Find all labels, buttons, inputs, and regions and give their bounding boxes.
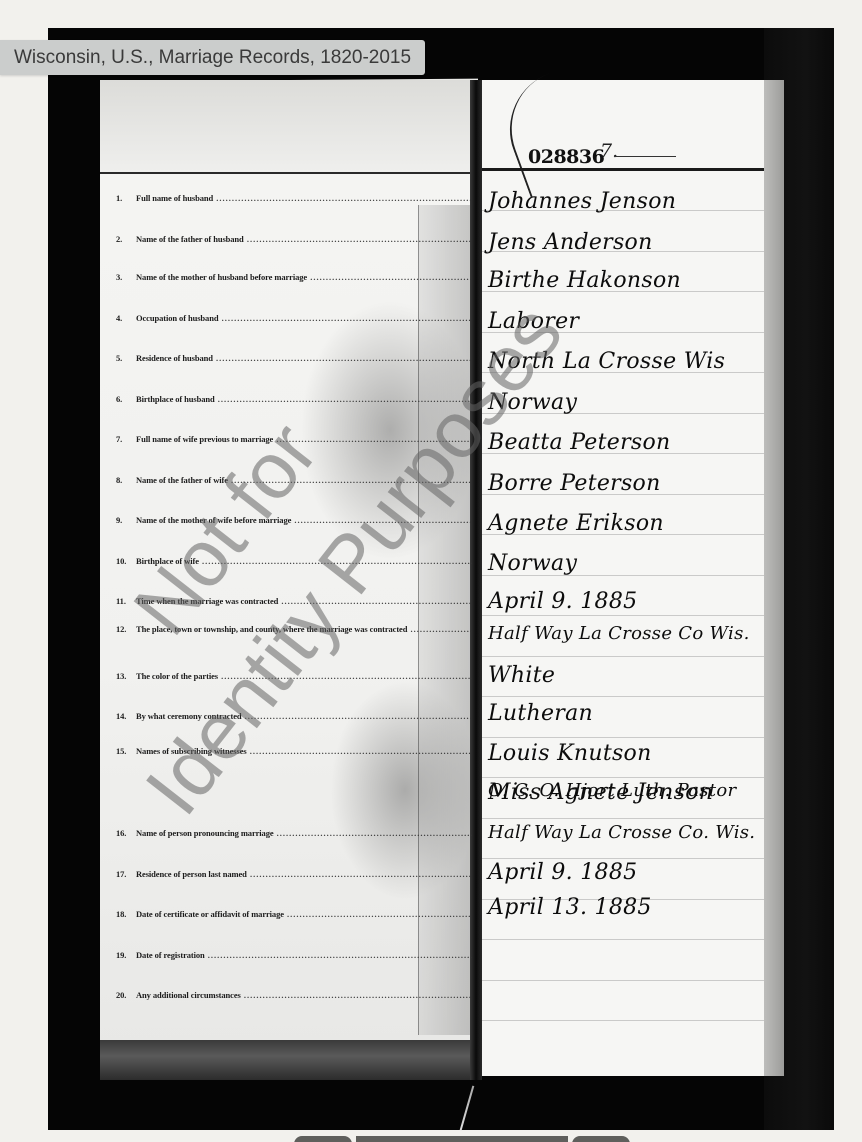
field-label-text: Full name of wife previous to marriage	[136, 434, 273, 444]
field-label-text: Names of subscribing witnesses	[136, 746, 247, 756]
ruled-line	[482, 980, 764, 981]
handwritten-entry: Beatta Peterson	[488, 430, 671, 455]
field-label-text: Name of person pronouncing marriage	[136, 828, 274, 838]
handwritten-entry: Laborer	[488, 309, 579, 334]
ruled-line	[482, 777, 764, 778]
field-label-text: Date of registration	[136, 950, 205, 960]
field-label-text: Name of the mother of husband before mar…	[136, 272, 307, 282]
leader-dots: ........................................…	[291, 515, 472, 525]
field-label-text: Birthplace of wife	[136, 556, 199, 566]
field-label: 9.Name of the mother of wife before marr…	[116, 515, 472, 525]
field-label: 16.Name of person pronouncing marriage .…	[116, 828, 472, 838]
field-label: 18.Date of certificate or affidavit of m…	[116, 909, 472, 919]
field-number: 11.	[116, 596, 136, 606]
field-number: 20.	[116, 990, 136, 1000]
field-number: 14.	[116, 711, 136, 721]
handwritten-entry: Lutheran	[488, 701, 593, 726]
left-page-header	[100, 80, 478, 172]
leader-dots: ........................................…	[218, 671, 472, 681]
leader-dots: ........................................…	[215, 394, 472, 404]
field-label-text: Full name of husband	[136, 193, 213, 203]
field-label: 7.Full name of wife previous to marriage…	[116, 434, 472, 444]
book-gutter	[470, 80, 482, 1080]
viewer-toolbar	[294, 1136, 630, 1142]
ruled-line	[482, 1020, 764, 1021]
leader-dots: ........................................…	[278, 596, 472, 606]
ruled-line	[482, 615, 764, 616]
leader-dots: ........................................…	[228, 475, 472, 485]
leader-dots: ........................................…	[213, 353, 472, 363]
field-label-text: Residence of person last named	[136, 869, 247, 879]
ruled-line	[482, 818, 764, 819]
handwritten-entry: April 13. 1885	[488, 895, 652, 920]
field-number: 10.	[116, 556, 136, 566]
leader-dots: ........................................…	[244, 234, 472, 244]
field-label: 10.Birthplace of wife ..................…	[116, 556, 472, 566]
field-label-text: Name of the father of husband	[136, 234, 244, 244]
handwritten-entry: O. C. O. Hjort Luth. Pastor	[488, 780, 736, 801]
right-header-rule	[482, 168, 764, 171]
field-number: 4.	[116, 313, 136, 323]
field-label: 15.Names of subscribing witnesses ......…	[116, 746, 472, 756]
leader-dots: ........................................…	[284, 909, 472, 919]
handwritten-entry: White	[488, 663, 555, 688]
left-header-rule	[100, 172, 470, 174]
collection-title-tooltip: Wisconsin, U.S., Marriage Records, 1820-…	[0, 40, 425, 75]
field-label: 2.Name of the father of husband ........…	[116, 234, 472, 244]
field-number: 13.	[116, 671, 136, 681]
field-label-text: Time when the marriage was contracted	[136, 596, 278, 606]
field-label: 19.Date of registration ................…	[116, 950, 472, 960]
field-label-text: Name of the mother of wife before marria…	[136, 515, 291, 525]
right-page-shade	[764, 80, 784, 1076]
field-number: 7.	[116, 434, 136, 444]
field-label-text: Occupation of husband	[136, 313, 218, 323]
ruled-line	[482, 656, 764, 657]
field-number: 19.	[116, 950, 136, 960]
field-label: 13.The color of the parties ............…	[116, 671, 472, 681]
field-label: 14.By what ceremony contracted .........…	[116, 711, 472, 721]
handwritten-entry: Johannes Jenson	[488, 189, 676, 214]
ruled-line	[482, 696, 764, 697]
field-number: 18.	[116, 909, 136, 919]
leader-dots: ........................................…	[307, 272, 472, 282]
field-number: 3.	[116, 272, 136, 282]
field-label: 5.Residence of husband .................…	[116, 353, 472, 363]
field-label: 20.Any additional circumstances ........…	[116, 990, 472, 1000]
leader-dots: ........................................…	[241, 990, 472, 1000]
field-label-text: The place, town or township, and county,…	[136, 624, 407, 634]
certificate-underline	[614, 156, 676, 157]
field-number: 15.	[116, 746, 136, 756]
field-label: 3.Name of the mother of husband before m…	[116, 272, 472, 282]
handwritten-entry: North La Crosse Wis	[488, 349, 725, 374]
handwritten-entry: Norway	[488, 390, 577, 415]
handwritten-entry: Borre Peterson	[488, 471, 661, 496]
leader-dots: ........................................…	[247, 746, 472, 756]
leader-dots: ........................................…	[273, 434, 472, 444]
leader-dots: ........................................…	[218, 313, 472, 323]
field-number: 2.	[116, 234, 136, 244]
zoom-in-button[interactable]	[572, 1136, 630, 1142]
field-number: 6.	[116, 394, 136, 404]
leader-dots: ........................................…	[247, 869, 472, 879]
field-number: 17.	[116, 869, 136, 879]
leader-dots: ........................................…	[407, 624, 472, 634]
handwritten-entry: April 9. 1885	[488, 589, 637, 614]
certificate-number: 028836	[528, 146, 604, 168]
ruled-line	[482, 939, 764, 940]
handwritten-entry: Louis Knutson	[488, 741, 652, 766]
leader-dots: ........................................…	[199, 556, 472, 566]
leader-dots: ........................................…	[205, 950, 472, 960]
field-label: 6.Birthplace of husband ................…	[116, 394, 472, 404]
handwritten-entry: Norway	[488, 551, 577, 576]
field-label: 1.Full name of husband .................…	[116, 193, 472, 203]
field-number: 1.	[116, 193, 136, 203]
ruled-line	[482, 858, 764, 859]
field-label: 17.Residence of person last named ......…	[116, 869, 472, 879]
leader-dots: ........................................…	[213, 193, 472, 203]
handwritten-entry: Half Way La Crosse Co Wis.	[488, 623, 750, 644]
leader-dots: ........................................…	[274, 828, 472, 838]
handwritten-entry: Agnete Erikson	[488, 511, 664, 536]
field-label-text: Residence of husband	[136, 353, 213, 363]
field-label: 8.Name of the father of wife ...........…	[116, 475, 472, 485]
zoom-out-button[interactable]	[294, 1136, 352, 1142]
handwritten-entry: April 9. 1885	[488, 860, 637, 885]
field-label-text: By what ceremony contracted	[136, 711, 242, 721]
field-label-text: Birthplace of husband	[136, 394, 215, 404]
left-page-bottom-edge	[100, 1040, 480, 1080]
field-number: 9.	[116, 515, 136, 525]
handwritten-entry: Jens Anderson	[488, 230, 653, 255]
field-number: 5.	[116, 353, 136, 363]
field-label: 12.The place, town or township, and coun…	[116, 624, 472, 634]
handwritten-entry: Half Way La Crosse Co. Wis.	[488, 822, 755, 843]
field-label-text: Any additional circumstances	[136, 990, 241, 1000]
field-label: 11.Time when the marriage was contracted…	[116, 596, 472, 606]
field-label-text: Date of certificate or affidavit of marr…	[136, 909, 284, 919]
handwritten-entry: Birthe Hakonson	[488, 268, 681, 293]
leader-dots: ........................................…	[242, 711, 473, 721]
field-number: 12.	[116, 624, 136, 634]
field-label-text: The color of the parties	[136, 671, 218, 681]
certificate-suffix: 7.	[600, 140, 618, 162]
ruled-line	[482, 737, 764, 738]
field-number: 16.	[116, 828, 136, 838]
field-label-text: Name of the father of wife	[136, 475, 228, 485]
field-label: 4.Occupation of husband ................…	[116, 313, 472, 323]
field-number: 8.	[116, 475, 136, 485]
page-controls[interactable]	[356, 1136, 568, 1142]
